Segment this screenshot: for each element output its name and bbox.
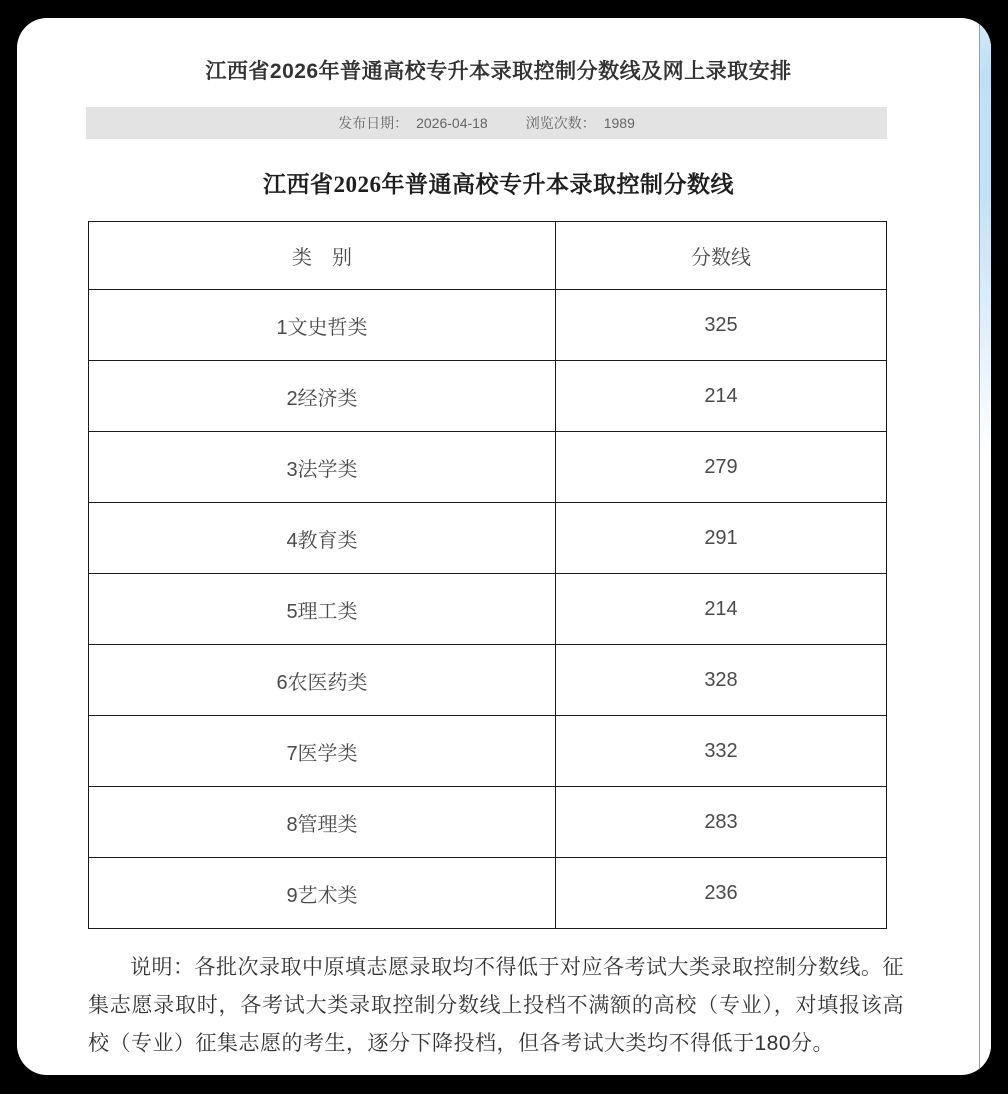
article-card: 江西省2026年普通高校专升本录取控制分数线及网上录取安排 发布日期：2026-… (17, 18, 991, 1075)
scrollbar-track[interactable] (979, 18, 991, 1075)
table-row: 9艺术类 236 (89, 858, 887, 929)
category-cell: 5理工类 (89, 574, 556, 645)
scrollbar-thumb[interactable] (980, 18, 991, 458)
view-count: 浏览次数：1989 (526, 113, 635, 133)
publish-date-value: 2026-04-18 (416, 115, 488, 131)
table-row: 7医学类 332 (89, 716, 887, 787)
table-row: 2经济类 214 (89, 361, 887, 432)
table-row: 5理工类 214 (89, 574, 887, 645)
category-cell: 6农医药类 (89, 645, 556, 716)
table-row: 3法学类 279 (89, 432, 887, 503)
table-row: 6农医药类 328 (89, 645, 887, 716)
page-background: { "page": { "background_color": "#000000… (0, 0, 1008, 1094)
column-header-score: 分数线 (556, 222, 887, 290)
category-cell: 4教育类 (89, 503, 556, 574)
column-header-category: 类 别 (89, 222, 556, 290)
article-content: 江西省2026年普通高校专升本录取控制分数线及网上录取安排 发布日期：2026-… (17, 18, 991, 1063)
score-cell: 328 (556, 645, 887, 716)
category-cell: 3法学类 (89, 432, 556, 503)
table-row: 4教育类 291 (89, 503, 887, 574)
view-count-value: 1989 (604, 115, 635, 131)
score-cell: 325 (556, 290, 887, 361)
table-row: 1文史哲类 325 (89, 290, 887, 361)
table-row: 8管理类 283 (89, 787, 887, 858)
note-paragraph: 说明：各批次录取中原填志愿录取均不得低于对应各考试大类录取控制分数线。征集志愿录… (88, 949, 904, 1063)
score-cell: 214 (556, 574, 887, 645)
section-title: 江西省2026年普通高校专升本录取控制分数线 (17, 168, 980, 202)
publish-date-label: 发布日期： (338, 115, 408, 131)
score-cell: 332 (556, 716, 887, 787)
score-cell: 236 (556, 858, 887, 929)
view-count-label: 浏览次数： (526, 115, 596, 131)
score-table: 类 别 分数线 1文史哲类 325 2经济类 214 3法学类 279 (88, 221, 887, 929)
category-cell: 1文史哲类 (89, 290, 556, 361)
page-title: 江西省2026年普通高校专升本录取控制分数线及网上录取安排 (17, 60, 980, 84)
category-cell: 9艺术类 (89, 858, 556, 929)
score-cell: 291 (556, 503, 887, 574)
score-cell: 214 (556, 361, 887, 432)
score-cell: 283 (556, 787, 887, 858)
publish-date: 发布日期：2026-04-18 (338, 113, 488, 133)
category-cell: 2经济类 (89, 361, 556, 432)
category-cell: 8管理类 (89, 787, 556, 858)
meta-bar: 发布日期：2026-04-18 浏览次数：1989 (86, 107, 887, 139)
score-cell: 279 (556, 432, 887, 503)
table-header-row: 类 别 分数线 (89, 222, 887, 290)
category-cell: 7医学类 (89, 716, 556, 787)
